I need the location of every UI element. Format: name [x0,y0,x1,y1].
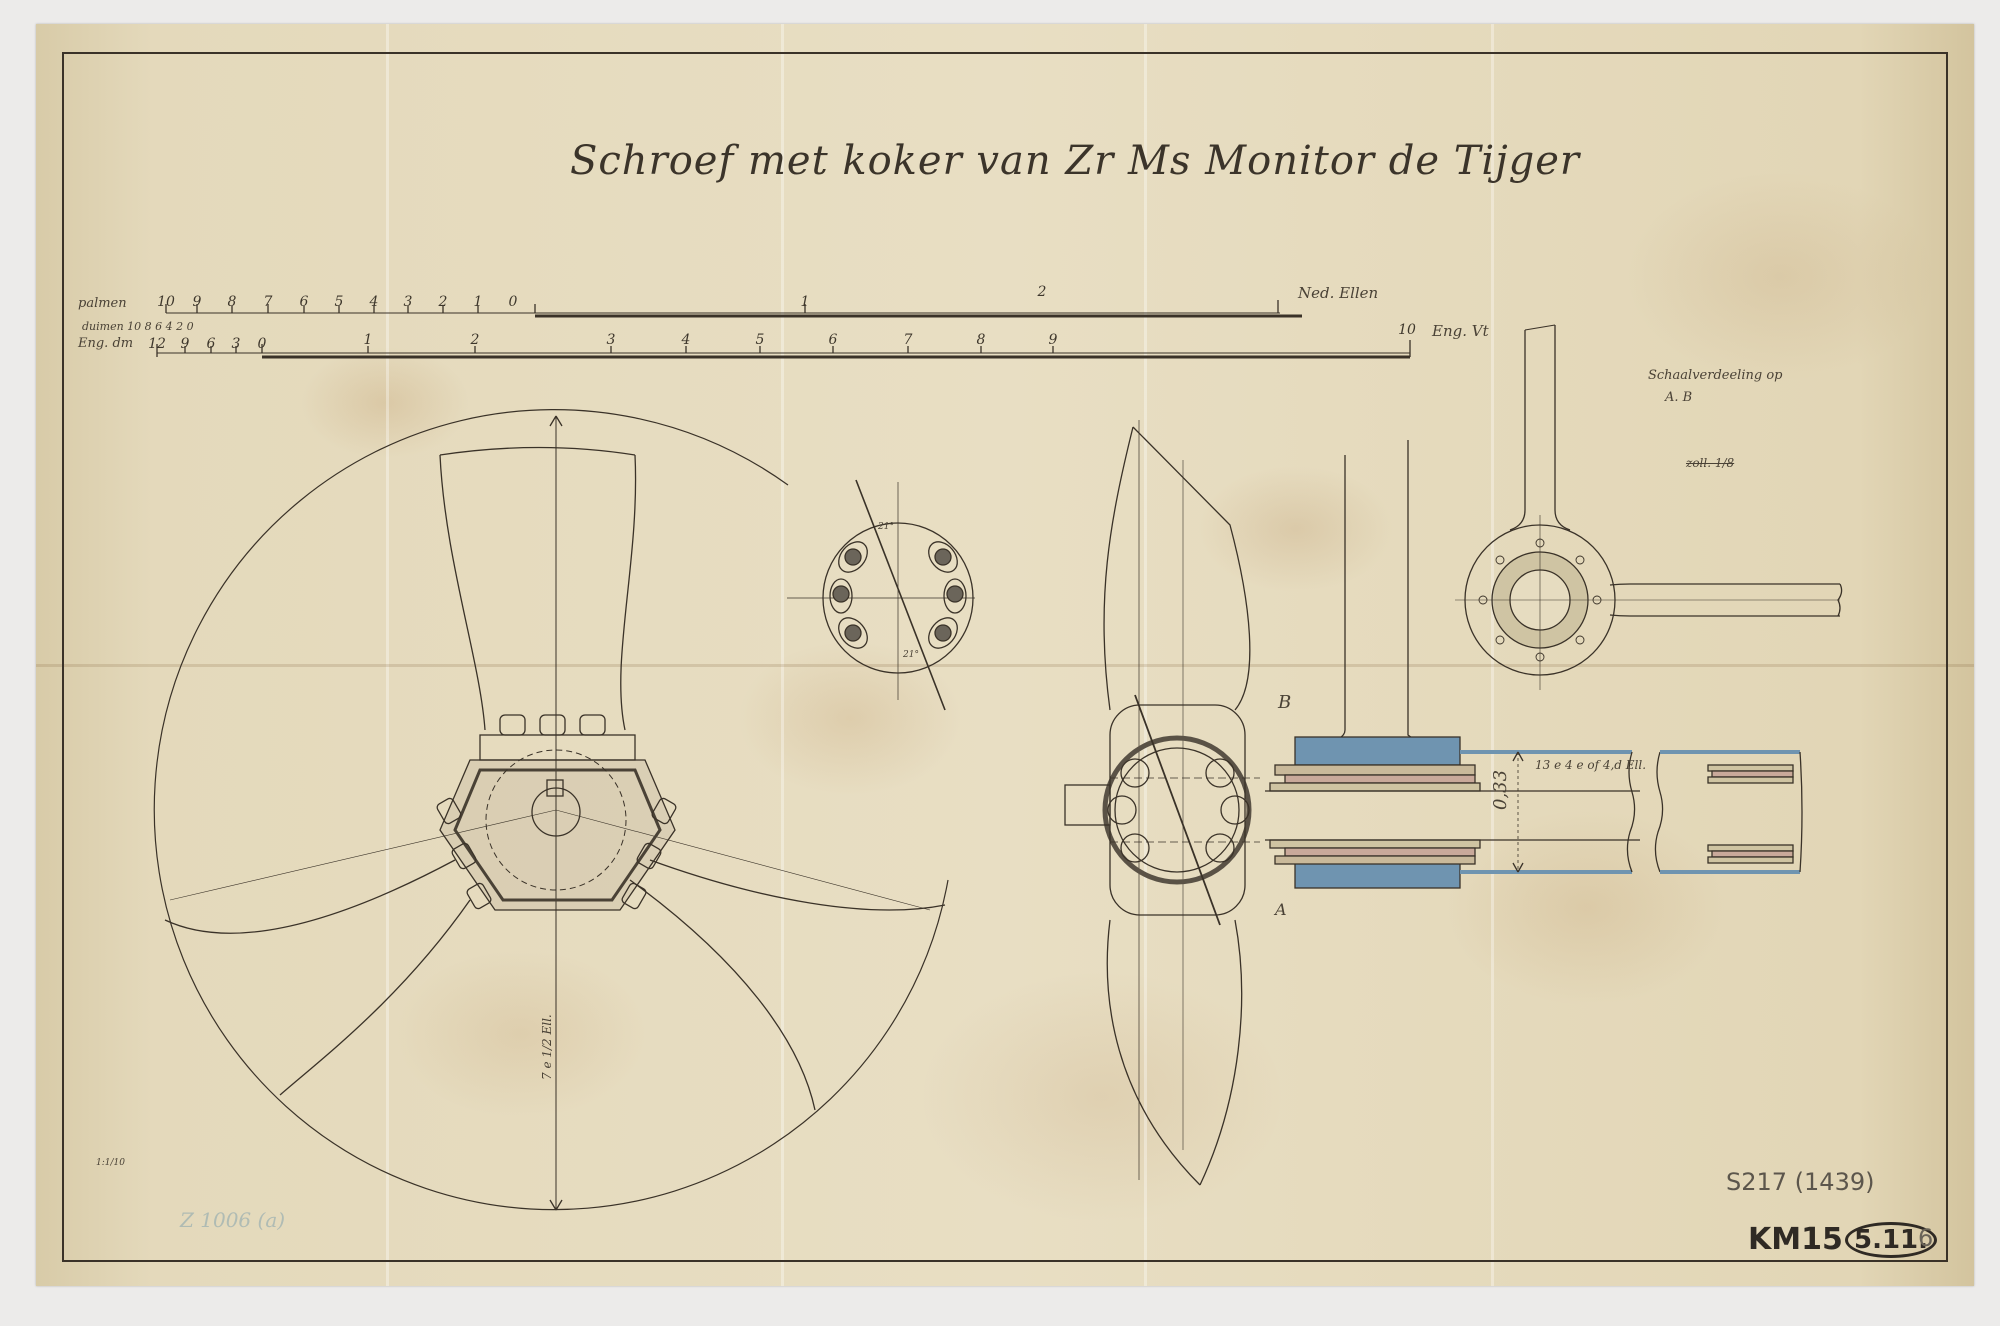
propeller-side-view [1065,420,1260,1185]
scale-bar-upper [166,300,1302,316]
scale-bar-lower [157,340,1410,357]
bottom-left-faint-note: Z 1006 (a) [180,1208,285,1232]
shaft-length-label: 13 e 4 e of 4,d Ell. [1535,758,1646,772]
archive-reference: KM15 [1748,1222,1843,1257]
shaft-diameter-label: 0,33 [1490,770,1511,810]
flange-angle-top: 21° [878,522,894,532]
right-note-struck: zoll. 1/8 [1686,456,1734,470]
flange-detail [787,480,975,710]
propeller-diameter-label: 7 e 1/2 Ell. [540,1014,554,1080]
right-note-line2: A. B [1665,390,1692,405]
stern-tube [1265,440,1802,888]
sheet-number: 6 [1918,1224,1933,1252]
flange-angle-bottom: 21° [903,650,919,660]
bottom-left-small-note: 1:1/10 [96,1158,125,1168]
propeller-front-view [154,410,948,1210]
section-mark-b: B [1278,692,1291,713]
technical-drawing [0,0,2000,1326]
right-note-line1: Schaalverdeeling op [1648,368,1782,383]
archive-catalog-number: S217 (1439) [1726,1168,1874,1196]
section-mark-a: A [1275,900,1287,919]
